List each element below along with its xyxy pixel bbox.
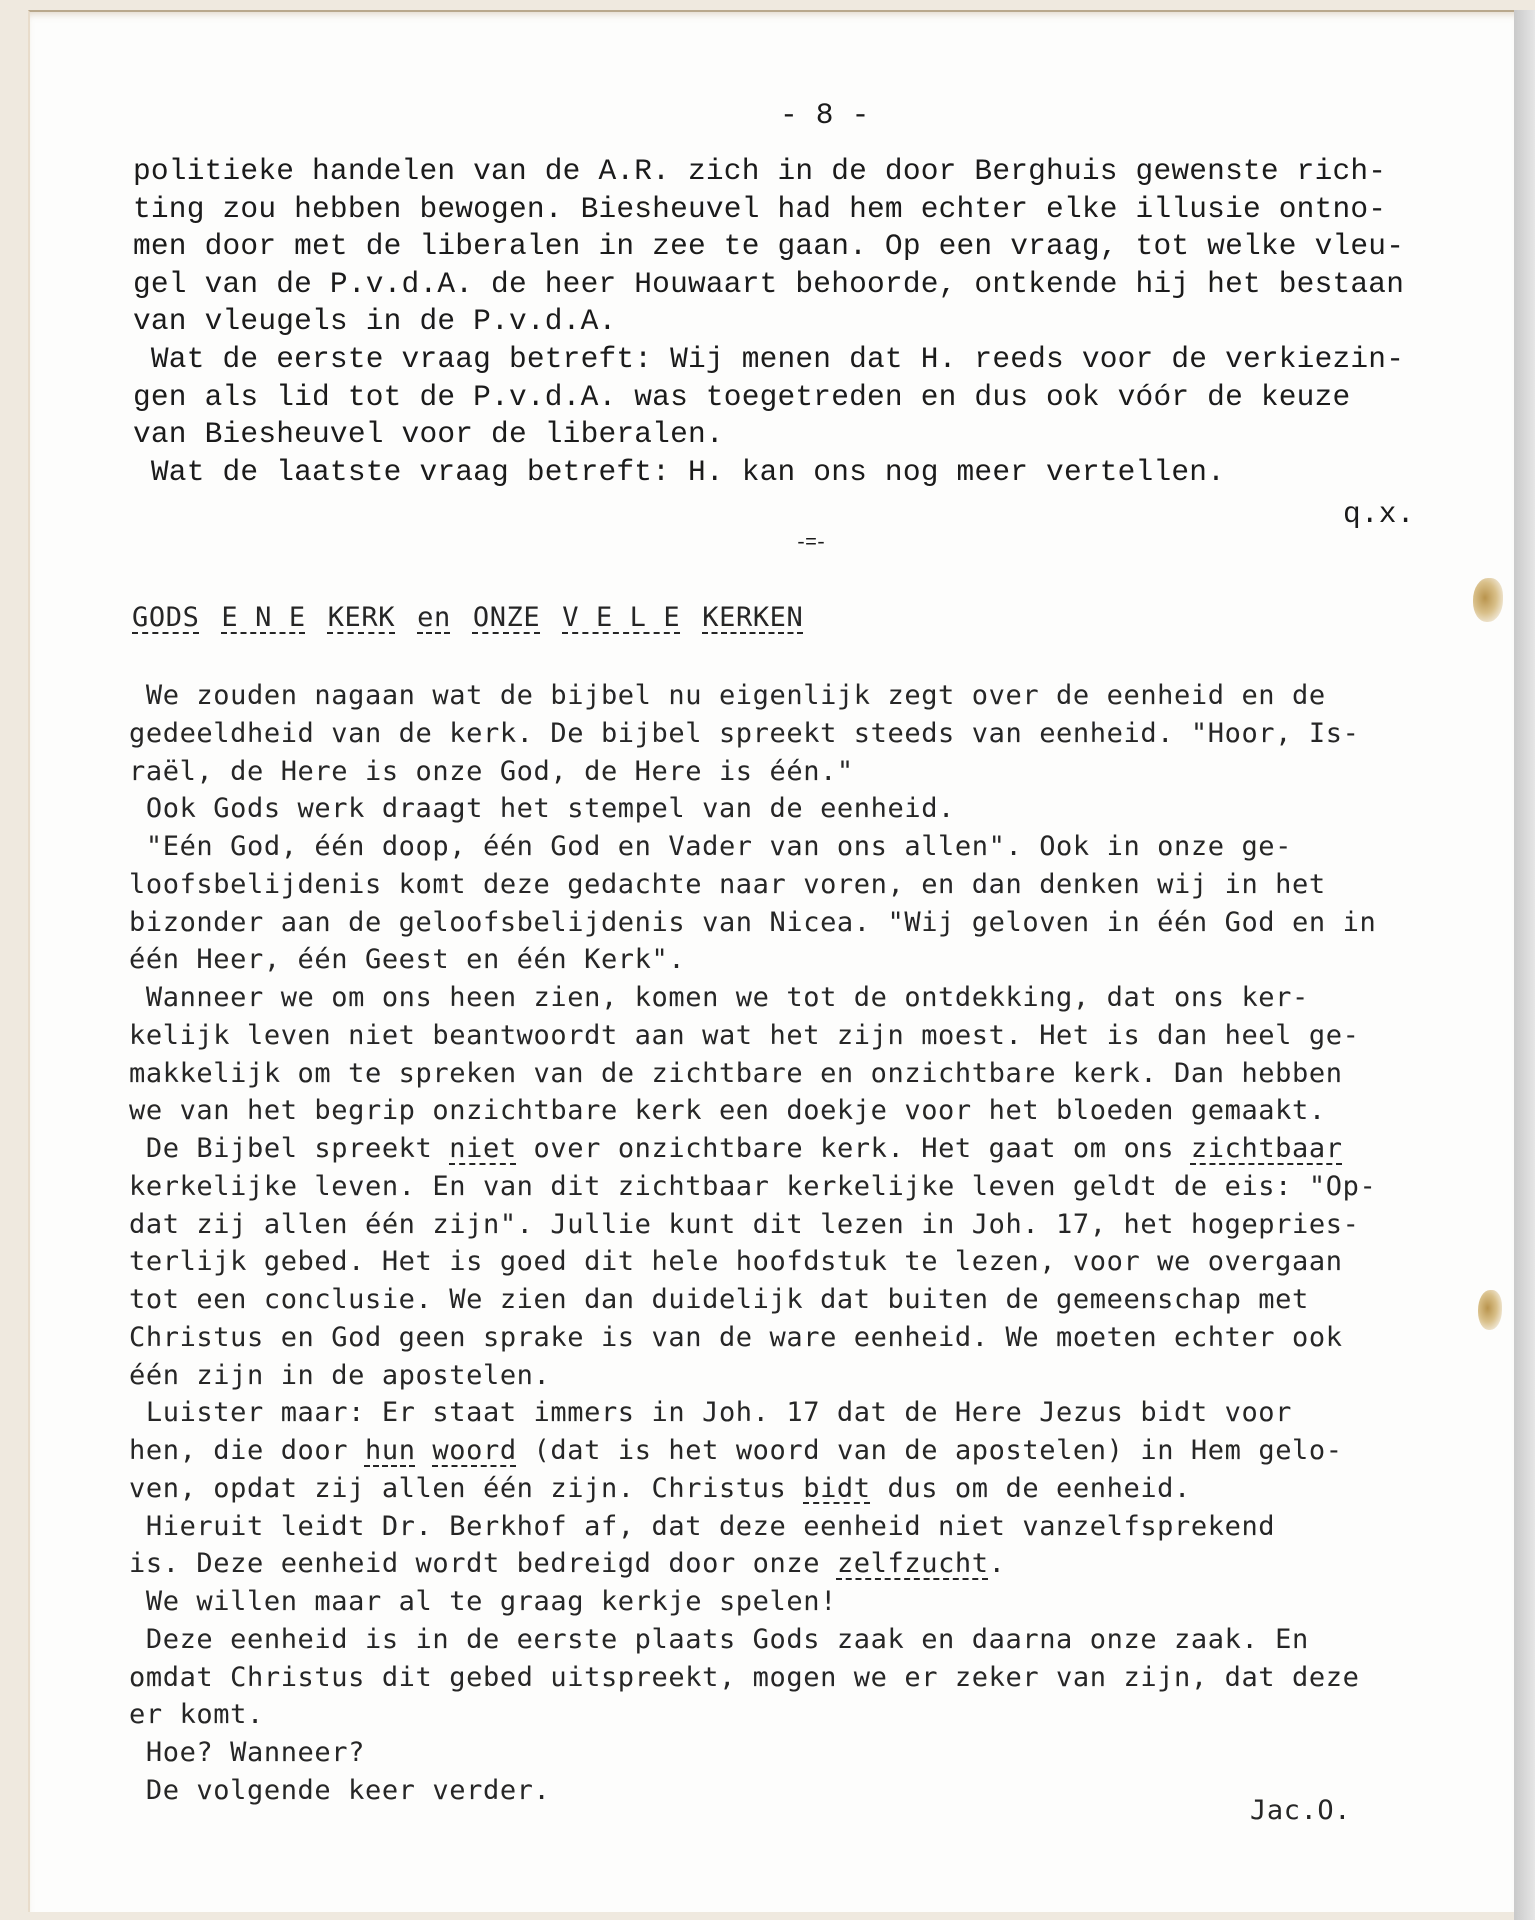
title-word: GODS <box>132 602 199 633</box>
text-line: Wat de eerste vraag betreft: Wij menen d… <box>133 342 1404 376</box>
article-title: GODSE N EKERKenONZEV E L EKERKEN <box>132 602 825 633</box>
text-line: ting zou hebben bewogen. Biesheuvel had … <box>133 192 1386 226</box>
text-line: ven, opdat zij allen één zijn. Christus … <box>129 1473 1191 1504</box>
text-line: Wat de laatste vraag betreft: H. kan ons… <box>133 455 1225 489</box>
text-line: Luister maar: Er staat immers in Joh. 17… <box>129 1397 1292 1428</box>
punch-hole-icon <box>1478 1290 1502 1330</box>
text-line: hen, die door hun woord (dat is het woor… <box>129 1435 1343 1466</box>
emphasized-word: hun <box>365 1435 416 1466</box>
text-line: van Biesheuvel voor de liberalen. <box>133 417 724 451</box>
emphasized-word: zichtbaar <box>1191 1133 1343 1164</box>
emphasized-word: bidt <box>803 1473 870 1504</box>
author-signature: Jac.O. <box>1250 1795 1351 1826</box>
text-line: gedeeldheid van de kerk. De bijbel spree… <box>129 718 1359 749</box>
text-line: De volgende keer verder. <box>129 1775 550 1806</box>
text-line: Hoe? Wanneer? <box>129 1737 365 1768</box>
text-line: één Heer, één Geest en één Kerk". <box>129 944 685 975</box>
text-line: kelijk leven niet beantwoordt aan wat he… <box>129 1020 1359 1051</box>
text-line: men door met de liberalen in zee te gaan… <box>133 229 1404 263</box>
title-word: en <box>417 602 451 633</box>
punch-hole-icon <box>1473 578 1503 622</box>
text-line: gel van de P.v.d.A. de heer Houwaart beh… <box>133 267 1404 301</box>
section-divider: -=- <box>795 532 825 555</box>
text-line: Hieruit leidt Dr. Berkhof af, dat deze e… <box>129 1511 1275 1542</box>
page-edge <box>1514 10 1535 1920</box>
title-word: KERKEN <box>702 602 803 633</box>
text-line: dat zij allen één zijn". Jullie kunt dit… <box>129 1209 1359 1240</box>
text-line: omdat Christus dit gebed uitspreekt, mog… <box>129 1662 1359 1693</box>
text-line: We willen maar al te graag kerkje spelen… <box>129 1586 837 1617</box>
text-line: terlijk gebed. Het is goed dit hele hoof… <box>129 1246 1343 1277</box>
text-line: Wanneer we om ons heen zien, komen we to… <box>129 982 1309 1013</box>
text-line: één zijn in de apostelen. <box>129 1360 550 1391</box>
text-line: bizonder aan de geloofsbelijdenis van Ni… <box>129 907 1376 938</box>
title-word: V E L E <box>562 602 680 633</box>
title-word: KERK <box>328 602 395 633</box>
text-line: kerkelijke leven. En van dit zichtbaar k… <box>129 1171 1376 1202</box>
text-line: De Bijbel spreekt niet over onzichtbare … <box>129 1133 1343 1164</box>
title-word: ONZE <box>473 602 540 633</box>
text-line: gen als lid tot de P.v.d.A. was toegetre… <box>133 380 1350 414</box>
text-line: makkelijk om te spreken van de zichtbare… <box>129 1058 1343 1089</box>
text-line: politieke handelen van de A.R. zich in d… <box>133 154 1386 188</box>
text-line: tot een conclusie. We zien dan duidelijk… <box>129 1284 1309 1315</box>
text-line: we van het begrip onzichtbare kerk een d… <box>129 1095 1326 1126</box>
text-line: Deze eenheid is in de eerste plaats Gods… <box>129 1624 1309 1655</box>
text-line: "Eén God, één doop, één God en Vader van… <box>129 831 1292 862</box>
emphasized-word: niet <box>449 1133 516 1164</box>
text-line: We zouden nagaan wat de bijbel nu eigenl… <box>129 680 1326 711</box>
emphasized-word: woord <box>432 1435 516 1466</box>
text-line: is. Deze eenheid wordt bedreigd door onz… <box>129 1548 1006 1579</box>
title-word: E N E <box>221 602 305 633</box>
author-signature: q.x. <box>1343 497 1415 531</box>
text-line: Ook Gods werk draagt het stempel van de … <box>129 793 955 824</box>
text-line: Christus en God geen sprake is van de wa… <box>129 1322 1343 1353</box>
text-line: er komt. <box>129 1699 264 1730</box>
emphasized-word: zelfzucht <box>837 1548 989 1579</box>
text-line: van vleugels in de P.v.d.A. <box>133 304 616 338</box>
text-line: loofsbelijdenis komt deze gedachte naar … <box>129 869 1326 900</box>
text-line: raël, de Here is onze God, de Here is éé… <box>129 756 854 787</box>
page-number: - 8 - <box>780 98 870 132</box>
